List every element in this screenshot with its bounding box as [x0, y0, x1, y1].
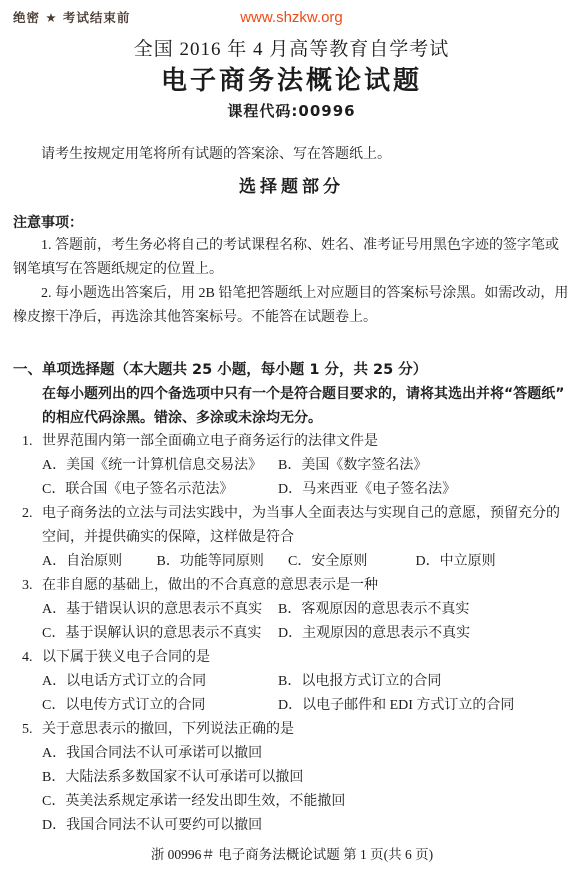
option-2-a: A．自治原则 [42, 550, 153, 574]
option-5-b: B．大陆法系多数国家不认可承诺可以撤回 [42, 766, 570, 790]
question-number: 3. [22, 574, 42, 598]
option-1-a: A．美国《统一计算机信息交易法》 [42, 454, 278, 478]
question-4-stem: 4. 以下属于狭义电子合同的是 [22, 646, 570, 670]
question-3-options: A．基于错误认识的意思表示不真实 B．客观原因的意思表示不真实 C．基于误解认识… [42, 598, 570, 646]
question-1: 1. 世界范围内第一部全面确立电子商务运行的法律文件是 A．美国《统一计算机信息… [13, 430, 570, 502]
option-2-d: D．中立原则 [416, 550, 496, 574]
question-number: 4. [22, 646, 42, 670]
notice-item-2: 2. 每小题选出答案后，用 2B 铅笔把答题纸上对应题目的答案标号涂黑。如需改动… [13, 282, 570, 330]
question-stem-text: 以下属于狭义电子合同的是 [42, 646, 570, 670]
question-number: 2. [22, 502, 42, 550]
question-number: 1. [22, 430, 42, 454]
option-1-c: C．联合国《电子签名示范法》 [42, 478, 278, 502]
question-stem-text: 电子商务法的立法与司法实践中，为当事人全面表达与实现自己的意愿，预留充分的空间，… [42, 502, 570, 550]
question-2-options: A．自治原则 B．功能等同原则 C．安全原则 D．中立原则 [42, 550, 570, 574]
section-title: 选择题部分 [13, 175, 570, 200]
question-1-options: A．美国《统一计算机信息交易法》 B．美国《数字签名法》 C．联合国《电子签名示… [42, 454, 570, 502]
question-5-options: A．我国合同法不认可承诺可以撤回 B．大陆法系多数国家不认可承诺可以撤回 C．英… [42, 742, 570, 838]
option-4-b: B．以电报方式订立的合同 [278, 670, 570, 694]
question-4-options: A．以电话方式订立的合同 B．以电报方式订立的合同 C．以电传方式订立的合同 D… [42, 670, 570, 718]
option-4-c: C．以电传方式订立的合同 [42, 694, 278, 718]
question-1-stem: 1. 世界范围内第一部全面确立电子商务运行的法律文件是 [22, 430, 570, 454]
option-4-a: A．以电话方式订立的合同 [42, 670, 278, 694]
question-stem-text: 关于意思表示的撤回，下列说法正确的是 [42, 718, 570, 742]
question-5: 5. 关于意思表示的撤回，下列说法正确的是 A．我国合同法不认可承诺可以撤回 B… [13, 718, 570, 838]
course-code: 课程代码:00996 [13, 101, 570, 121]
question-4: 4. 以下属于狭义电子合同的是 A．以电话方式订立的合同 B．以电报方式订立的合… [13, 646, 570, 718]
option-3-c: C．基于误解认识的意思表示不真实 [42, 622, 278, 646]
top-security-line: 绝密 ★ 考试结束前 www.shzkw.org [13, 9, 570, 27]
part-one-heading: 一、单项选择题（本大题共 25 小题，每小题 1 分，共 25 分） [13, 358, 570, 382]
page-footer: 浙 00996＃ 电子商务法概论试题 第 1 页(共 6 页) [0, 846, 584, 864]
notice-item-1: 1. 答题前，考生务必将自己的考试课程名称、姓名、准考证号用黑色字迹的签字笔或钢… [13, 234, 570, 282]
general-instruction: 请考生按规定用笔将所有试题的答案涂、写在答题纸上。 [13, 142, 570, 167]
watermark-url: www.shzkw.org [240, 9, 343, 27]
option-5-c: C．英美法系规定承诺一经发出即生效，不能撤回 [42, 790, 570, 814]
question-stem-text: 世界范围内第一部全面确立电子商务运行的法律文件是 [42, 430, 570, 454]
option-2-b: B．功能等同原则 [157, 550, 285, 574]
option-5-d: D．我国合同法不认可要约可以撤回 [42, 814, 570, 838]
part-one-instruction: 在每小题列出的四个备选项中只有一个是符合题目要求的，请将其选出并将“答题纸”的相… [42, 382, 570, 430]
option-3-a: A．基于错误认识的意思表示不真实 [42, 598, 278, 622]
question-2: 2. 电子商务法的立法与司法实践中，为当事人全面表达与实现自己的意愿，预留充分的… [13, 502, 570, 574]
question-number: 5. [22, 718, 42, 742]
option-3-d: D．主观原因的意思表示不真实 [278, 622, 570, 646]
option-2-c: C．安全原则 [288, 550, 412, 574]
option-1-b: B．美国《数字签名法》 [278, 454, 570, 478]
paper-title: 电子商务法概论试题 [13, 64, 570, 98]
question-3-stem: 3. 在非自愿的基础上，做出的不合真意的意思表示是一种 [22, 574, 570, 598]
question-stem-text: 在非自愿的基础上，做出的不合真意的意思表示是一种 [42, 574, 570, 598]
question-5-stem: 5. 关于意思表示的撤回，下列说法正确的是 [22, 718, 570, 742]
question-2-stem: 2. 电子商务法的立法与司法实践中，为当事人全面表达与实现自己的意愿，预留充分的… [22, 502, 570, 550]
option-1-d: D．马来西亚《电子签名法》 [278, 478, 570, 502]
classification-label: 绝密 ★ 考试结束前 [13, 10, 130, 25]
option-3-b: B．客观原因的意思表示不真实 [278, 598, 570, 622]
notice-heading: 注意事项： [13, 212, 570, 234]
option-5-a: A．我国合同法不认可承诺可以撤回 [42, 742, 570, 766]
question-3: 3. 在非自愿的基础上，做出的不合真意的意思表示是一种 A．基于错误认识的意思表… [13, 574, 570, 646]
exam-paper-page: 绝密 ★ 考试结束前 www.shzkw.org 全国 2016 年 4 月高等… [0, 0, 584, 871]
option-4-d: D．以电子邮件和 EDI 方式订立的合同 [278, 694, 570, 718]
exam-session-title: 全国 2016 年 4 月高等教育自学考试 [13, 37, 570, 63]
